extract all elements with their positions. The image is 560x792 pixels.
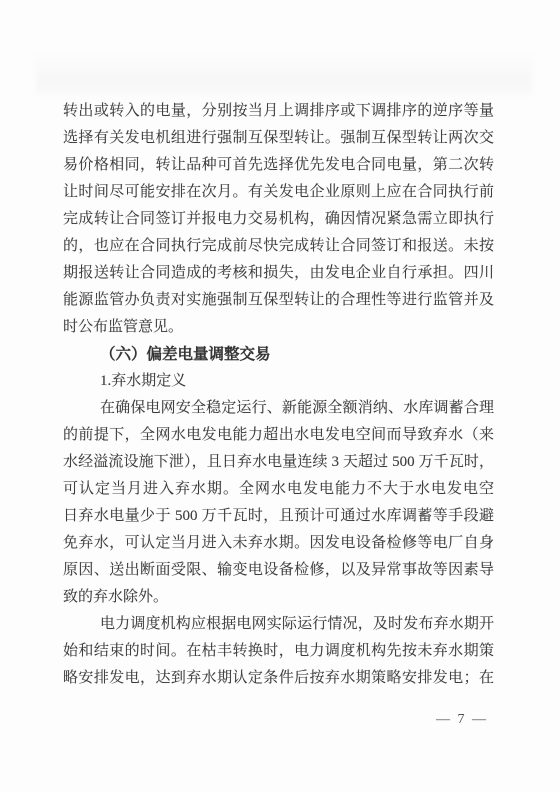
text-line: 在确保电网安全稳定运行、新能源全额消纳、水库调蓄合理 — [63, 395, 494, 422]
text-line: 能源监管办负责对实施强制互保型转让的合理性等进行监管并及 — [63, 287, 494, 314]
text-line: 让时间尽可能安排在次月。有关发电企业原则上应在合同执行前 — [63, 179, 494, 206]
text-line: 时公布监管意见。 — [63, 314, 494, 341]
text-line: 日弃水电量少于 500 万千瓦时，且预计可通过水库调蓄等手段避 — [63, 503, 494, 530]
subsection-heading: 1.弃水期定义 — [63, 368, 494, 395]
text-line: 的，也应在合同执行完成前尽快完成转让合同签订和报送。未按 — [63, 233, 494, 260]
text-line: 始和结束的时间。在枯丰转换时，电力调度机构先按未弃水期策 — [63, 638, 494, 665]
text-line: 可认定当月进入弃水期。全网水电发电能力不大于水电发电空间， — [63, 476, 494, 503]
text-line: 略安排发电，达到弃水期认定条件后按弃水期策略安排发电；在 — [63, 665, 494, 692]
text-line: 原因、送出断面受限、输变电设备检修，以及异常事故等因素导 — [63, 557, 494, 584]
scan-showthrough-artifact — [36, 52, 532, 96]
text-line: 易价格相同，转让品种可首先选择优先发电合同电量，第二次转 — [63, 152, 494, 179]
document-body: 转出或转入的电量，分别按当月上调排序或下调排序的逆序等量 选择有关发电机组进行强… — [63, 98, 494, 692]
section-heading: （六）偏差电量调整交易 — [63, 341, 494, 368]
text-line: 水经溢流设施下泄），且日弃水电量连续 3 天超过 500 万千瓦时， — [63, 449, 494, 476]
page-number: — 7 — — [436, 706, 488, 733]
document-page: 转出或转入的电量，分别按当月上调排序或下调排序的逆序等量 选择有关发电机组进行强… — [0, 0, 560, 792]
text-line: 致的弃水除外。 — [63, 584, 494, 611]
text-line: 期报送转让合同造成的考核和损失，由发电企业自行承担。四川 — [63, 260, 494, 287]
text-line: 免弃水，可认定当月进入未弃水期。因发电设备检修等电厂自身 — [63, 530, 494, 557]
text-line: 完成转让合同签订并报电力交易机构，确因情况紧急需立即执行 — [63, 206, 494, 233]
text-line: 转出或转入的电量，分别按当月上调排序或下调排序的逆序等量 — [63, 98, 494, 125]
text-line: 电力调度机构应根据电网实际运行情况，及时发布弃水期开 — [63, 611, 494, 638]
text-line: 选择有关发电机组进行强制互保型转让。强制互保型转让两次交 — [63, 125, 494, 152]
text-line: 的前提下，全网水电发电能力超出水电发电空间而导致弃水（来 — [63, 422, 494, 449]
